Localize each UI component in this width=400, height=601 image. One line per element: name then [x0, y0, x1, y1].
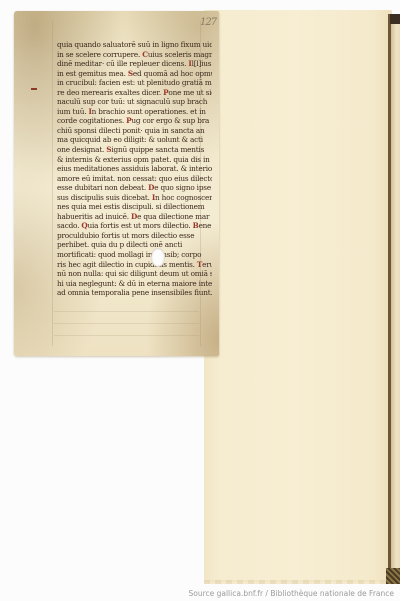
- manuscript-line: sacdo. Quia fortis est ut mors dilectio.…: [57, 221, 212, 231]
- manuscript-line: nū non nulla: qui sic diligunt deum ut o…: [57, 269, 212, 279]
- manuscript-line: quia quando saluatorē suū in ligno fixum…: [57, 40, 212, 50]
- manuscript-line: ma quicquid ab eo diligit: & uolunt & ac…: [57, 135, 212, 145]
- manuscript-line: in crucibul: facien est: ut plenitudo gr…: [57, 78, 212, 88]
- manuscript-line: in se scelere corrupere. Cuius sceleris …: [57, 50, 212, 60]
- manuscript-text-block: quia quando saluatorē suū in ligno fixum…: [57, 40, 212, 298]
- manuscript-viewer: 127 quia quando saluatorē suū in ligno f…: [0, 0, 400, 601]
- manuscript-line: ad omnia temporalia pene insensibiles fi…: [57, 288, 212, 298]
- ruling-line: [54, 323, 199, 324]
- manuscript-line: chiū sponsi dilecti ponit· quia in sanct…: [57, 126, 212, 136]
- manuscript-line: perhibet. quia du p dilecti onē ancti: [57, 240, 212, 250]
- manuscript-line: amore eū imitat. non cessat: quo eius di…: [57, 174, 212, 184]
- folio-number: 127: [200, 17, 216, 28]
- binding-spine-edge: [388, 14, 400, 584]
- manuscript-line: esse dubitari non debeat. De quo signo i…: [57, 183, 212, 193]
- ruling-line: [54, 311, 199, 312]
- blank-guard-leaf: [204, 10, 392, 582]
- margin-paragraph-mark: [31, 88, 37, 90]
- manuscript-line: proculdubio fortis ut mors dilectio esse: [57, 231, 212, 241]
- manuscript-line: corde cogitationes. Pug cor ergo & sup b…: [57, 116, 212, 126]
- manuscript-line: dinē meditar· cū ille repleuer dicens. I…: [57, 59, 212, 69]
- manuscript-line: sus discipulis suis dicebat. In hoc cogn…: [57, 193, 212, 203]
- manuscript-line: mortificati: quod mollagi in sensib; cor…: [57, 250, 212, 260]
- manuscript-line: naculū sup cor tuū: ut signaculū sup bra…: [57, 97, 212, 107]
- manuscript-line: & internis & exterius opm patet. quia di…: [57, 155, 212, 165]
- binding-cord-bottom: [386, 568, 400, 584]
- manuscript-line: habueritis ad inuicē. De qua dilectione …: [57, 212, 212, 222]
- ruling-line: [54, 335, 199, 336]
- manuscript-line: hi uia neglegunt: & dū in eterna maiore …: [57, 279, 212, 289]
- manuscript-line: re deo merearis exaltes dicer. Pone me u…: [57, 88, 212, 98]
- manuscript-line: in est gemitus mea. Sed quomā ad hoc opm…: [57, 69, 212, 79]
- manuscript-line: eius meditationes assiduis laborat. & in…: [57, 164, 212, 174]
- source-credit: Source gallica.bnf.fr / Bibliothèque nat…: [188, 589, 394, 598]
- manuscript-line: one designat. Signū quippe sancta mentis: [57, 145, 212, 155]
- manuscript-line: ris hec agit dilectio in cupidinis menti…: [57, 260, 212, 270]
- manuscript-line: ium tuū. In brachio sunt operationes. et…: [57, 107, 212, 117]
- margin-rule-left: [52, 21, 53, 346]
- binding-cord-top: [390, 14, 400, 24]
- manuscript-leaf: 127 quia quando saluatorē suū in ligno f…: [14, 11, 219, 356]
- parchment-hole: [151, 248, 165, 267]
- manuscript-line: nes quia mei estis discipuli. si dilecti…: [57, 202, 212, 212]
